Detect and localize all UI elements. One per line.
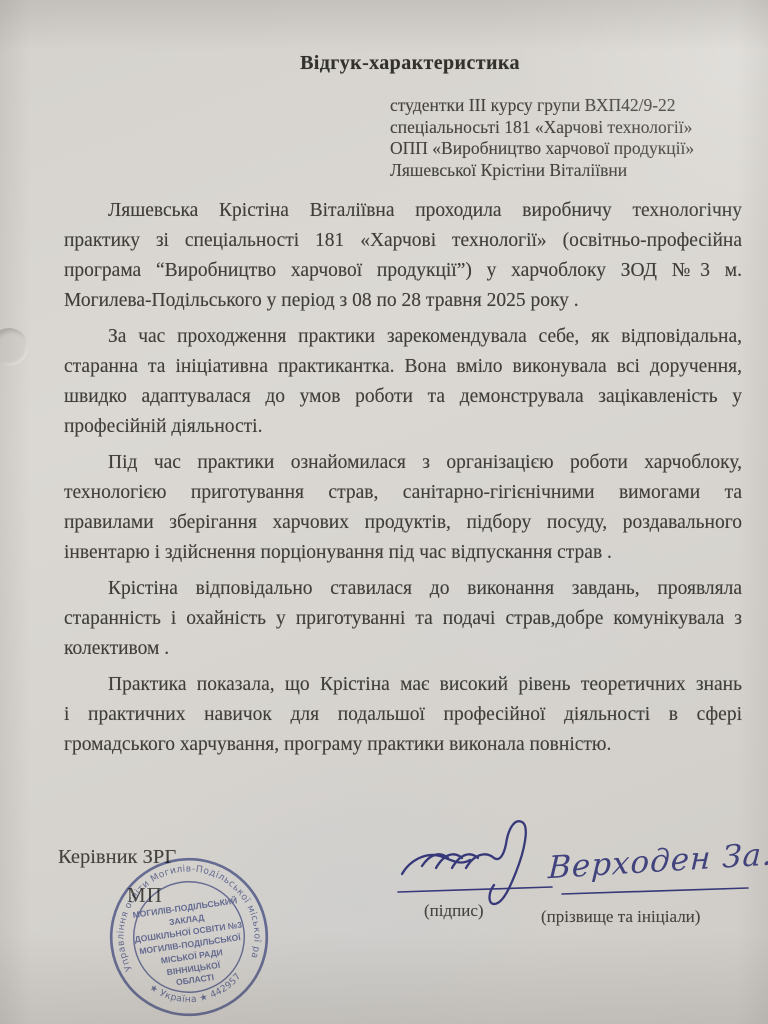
paragraph-4: Крістіна відповідально ставилася до вико… (64, 574, 742, 664)
text-line: За час проходження практики зарекомендув… (64, 322, 742, 352)
text-line: правилами зберігання харчових продуктів,… (64, 508, 742, 538)
text-line: Практика показала, що Крістіна має висок… (64, 670, 742, 700)
document-body: Ляшевська Крістіна Віталіївна проходила … (64, 196, 742, 766)
text-line: професійній діяльності. (64, 412, 742, 442)
text-line: громадського харчування, програму практи… (64, 730, 742, 760)
text-line: старанність і охайність у приготуванні т… (64, 604, 742, 634)
paragraph-1: Ляшевська Крістіна Віталіївна проходила … (64, 196, 742, 316)
recipient-line: студентки ІІІ курсу групи ВХП42/9-22 (390, 95, 694, 117)
recipient-line: ОПП «Виробництво харчової продукції» (390, 138, 694, 160)
document-title: Відгук-характеристика (0, 52, 768, 75)
text-line: Ляшевська Крістіна Віталіївна проходила … (64, 196, 742, 226)
recipient-block: студентки ІІІ курсу групи ВХП42/9-22 спе… (390, 95, 694, 181)
scanned-document-photo: Відгук-характеристика студентки ІІІ курс… (0, 0, 768, 1024)
text-line: Крістіна відповідально ставилася до вико… (64, 574, 742, 604)
text-line: колективом . (64, 634, 742, 664)
text-line: Могилева-Подільського у період з 08 по 2… (64, 286, 742, 316)
text-line: інвентарю і здійснення порціонування під… (64, 538, 742, 568)
text-line: і практичних навичок для подальшої профе… (64, 700, 742, 730)
text-line: Під час практики ознайомилася з організа… (64, 448, 742, 478)
paragraph-5: Практика показала, що Крістіна має висок… (64, 670, 742, 760)
stamp-graphic: Управління освіти Могилів-Подільської мі… (102, 850, 276, 1024)
text-line: швидко адаптувалася до умов роботи та де… (64, 382, 742, 412)
text-line: технологією приготування страв, санітарн… (64, 478, 742, 508)
hole-punch (0, 328, 28, 366)
text-line: програма “Виробництво харчової продукції… (64, 256, 742, 286)
text-line: практику зі спеціальності 181 «Харчові т… (64, 226, 742, 256)
official-round-stamp: Управління освіти Могилів-Подільської мі… (102, 850, 276, 1024)
recipient-line: Ляшевської Крістіни Віталіївни (390, 160, 694, 182)
recipient-line: спеціальносьті 181 «Харчові технології» (390, 117, 694, 139)
paragraph-3: Під час практики ознайомилася з організа… (64, 448, 742, 568)
paragraph-2: За час проходження практики зарекомендув… (64, 322, 742, 442)
text-line: старанна та ініціативна практикантка. Во… (64, 352, 742, 382)
